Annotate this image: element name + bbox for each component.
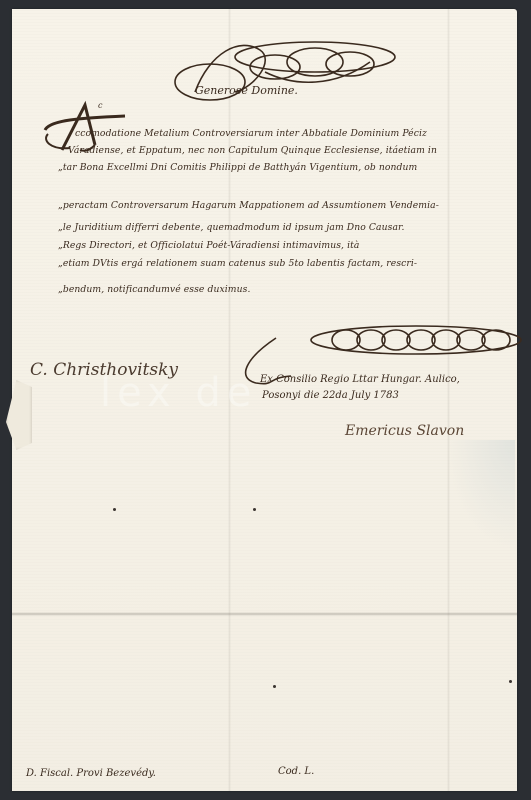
paper-speck	[509, 680, 512, 683]
endorsement-mark: Cod. L.	[278, 766, 314, 777]
fold-crease-horizontal	[12, 612, 517, 616]
body-line-4: „peractam Controversarum Hagarum Mappati…	[58, 200, 439, 211]
watermark: lex de	[100, 370, 257, 416]
signature-right: Emericus Slavon	[345, 423, 464, 439]
body-line-8: „bendum, notificandumvé esse duximus.	[58, 284, 250, 295]
council-line: Ex Consilio Regio Lttar Hungar. Aulico,	[260, 374, 460, 385]
svg-text:c: c	[98, 101, 103, 110]
salutation: Generose Domine.	[195, 84, 298, 97]
body-line-7: „etiam DVtis ergá relationem suam catenu…	[58, 258, 417, 269]
body-line-1: ccomodatione Metalium Controversiarum in…	[75, 128, 427, 139]
paper-speck	[253, 508, 256, 511]
body-line-6: „Regs Directori, et Officiolatui Poét-Vá…	[58, 240, 360, 251]
fold-crease-vertical	[447, 9, 450, 791]
body-line-5: „le Juriditium differri debente, quemadm…	[58, 222, 405, 233]
body-line-3: „tar Bona Excellmi Dni Comitis Philippi …	[58, 162, 417, 173]
council-flourish-ornament	[236, 318, 526, 398]
body-line-2: Váradiense, et Eppatum, nec non Capitulu…	[68, 145, 437, 156]
paper-speck	[273, 685, 276, 688]
addressee-line: D. Fiscal. Provi Bezevédy.	[26, 768, 156, 779]
paper-speck	[113, 508, 116, 511]
date-line: Posonyi die 22da July 1783	[262, 390, 399, 401]
water-stain	[445, 440, 515, 550]
